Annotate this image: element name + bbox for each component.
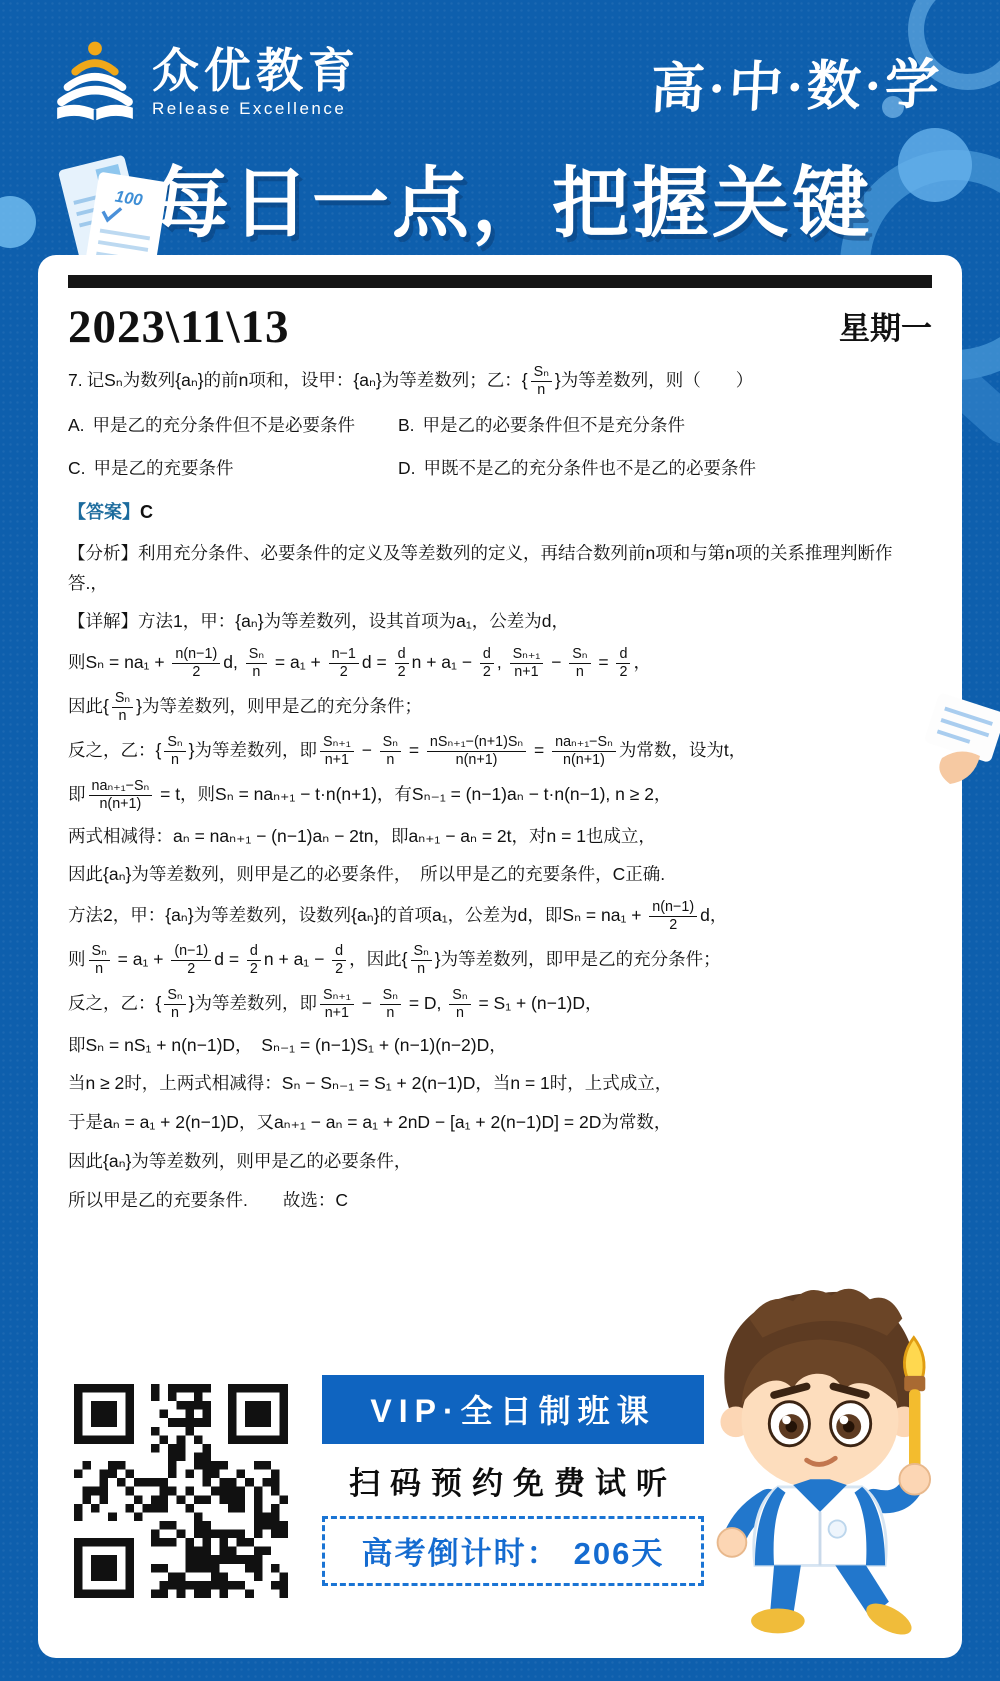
option-c: C.甲是乙的充要条件 — [68, 454, 398, 484]
open-book-logo-icon — [52, 36, 138, 128]
page-title: 每日一点，把握关键 — [152, 142, 872, 253]
solution-line: 所以甲是乙的充要条件. 故选：C — [68, 1186, 932, 1216]
date-label: 2023\11\13 — [68, 300, 290, 354]
solution-line: 因此{Sₙn}为等差数列，则甲是乙的充分条件； — [68, 690, 932, 725]
option-d: D.甲既不是乙的充分条件也不是乙的必要条件 — [398, 454, 932, 484]
solution-line: 则Sₙn = a₁ + (n−1)2d = d2n + a₁ − d2，因此{S… — [68, 943, 932, 978]
answer-value: C — [140, 502, 153, 522]
vip-banner: VIP·全日制班课 — [322, 1375, 704, 1444]
analysis-text: 【分析】利用充分条件、必要条件的定义及等差数列的定义，再结合数列前n项和与第n项… — [68, 539, 932, 599]
solution-lines: 【详解】方法1，甲：{aₙ}为等差数列，设其首项为a₁，公差为d，则Sₙ = n… — [68, 607, 932, 1215]
option-a: A.甲是乙的充分条件但不是必要条件 — [68, 411, 398, 441]
solution-line: 因此{aₙ}为等差数列，则甲是乙的必要条件， — [68, 1147, 932, 1177]
brand-text: 众优教育 Release Excellence — [152, 45, 360, 120]
qr-code — [72, 1382, 290, 1600]
solution-line: 反之，乙：{Sₙn}为等差数列，即Sₙ₊₁n+1 − Sₙn = D, Sₙn … — [68, 987, 932, 1022]
answer-line: 【答案】C — [68, 497, 932, 528]
solution-line: 当n ≥ 2时，上两式相减得：Sₙ − Sₙ₋₁ = S₁ + 2(n−1)D，… — [68, 1069, 932, 1099]
left-dot-decoration — [0, 196, 36, 248]
options-grid: A.甲是乙的充分条件但不是必要条件 B.甲是乙的必要条件但不是充分条件 C.甲是… — [68, 411, 932, 484]
date-row: 2023\11\13 星期一 — [68, 300, 932, 354]
question-text: 7.记Sₙ为数列{aₙ}的前n项和，设甲：{aₙ}为等差数列；乙：{Sₙn}为等… — [68, 364, 932, 399]
brand-logo: 众优教育 Release Excellence — [52, 36, 360, 128]
brand-name: 众优教育 — [152, 45, 360, 97]
poster-page: { "theme": { "bg_blue": "#0e5fad", "bann… — [0, 0, 1000, 1681]
circle-decoration — [898, 128, 972, 202]
solution-line: 方法2，甲：{aₙ}为等差数列，设数列{aₙ}的首项a₁，公差为d，即Sₙ = … — [68, 899, 932, 934]
solution-line: 两式相减得：aₙ = naₙ₊₁ − (n−1)aₙ − 2tn，即aₙ₊₁ −… — [68, 822, 932, 852]
answer-label: 【答案】 — [68, 502, 140, 522]
promo-column: VIP·全日制班课 扫码预约免费试听 高考倒计时：206天 — [322, 1375, 704, 1586]
subject-badge: 高·中·数·学 — [649, 41, 944, 123]
brand-subtitle: Release Excellence — [152, 99, 360, 119]
top-black-bar — [68, 275, 932, 288]
scan-cta-text: 扫码预约免费试听 — [322, 1458, 704, 1503]
problem-content: 7.记Sₙ为数列{aₙ}的前n项和，设甲：{aₙ}为等差数列；乙：{Sₙn}为等… — [68, 364, 932, 1215]
problem-card: 2023\11\13 星期一 7.记Sₙ为数列{aₙ}的前n项和，设甲：{aₙ}… — [38, 255, 962, 1658]
weekday-label: 星期一 — [839, 303, 932, 354]
solution-line: 于是aₙ = a₁ + 2(n−1)D，又aₙ₊₁ − aₙ = a₁ + 2n… — [68, 1108, 932, 1138]
gaokao-countdown: 高考倒计时：206天 — [322, 1516, 704, 1586]
solution-line: 则Sₙ = na₁ + n(n−1)2d, Sₙn = a₁ + n−12d =… — [68, 646, 932, 681]
student-mascot-icon — [686, 1274, 954, 1652]
solution-line: 因此{aₙ}为等差数列，则甲是乙的必要条件， 所以甲是乙的充要条件，C正确. — [68, 860, 932, 890]
countdown-label: 高考倒计时： — [362, 1536, 560, 1571]
solution-line: 即naₙ₊₁−Sₙn(n+1) = t，则Sₙ = naₙ₊₁ − t·n(n+… — [68, 778, 932, 813]
solution-line: 【详解】方法1，甲：{aₙ}为等差数列，设其首项为a₁，公差为d， — [68, 607, 932, 637]
countdown-value: 206天 — [574, 1536, 665, 1571]
option-b: B.甲是乙的必要条件但不是充分条件 — [398, 411, 932, 441]
solution-line: 反之，乙：{Sₙn}为等差数列，即Sₙ₊₁n+1 − Sₙn = nSₙ₊₁−(… — [68, 734, 932, 769]
solution-line: 即Sₙ = nS₁ + n(n−1)D， Sₙ₋₁ = (n−1)S₁ + (n… — [68, 1031, 932, 1061]
